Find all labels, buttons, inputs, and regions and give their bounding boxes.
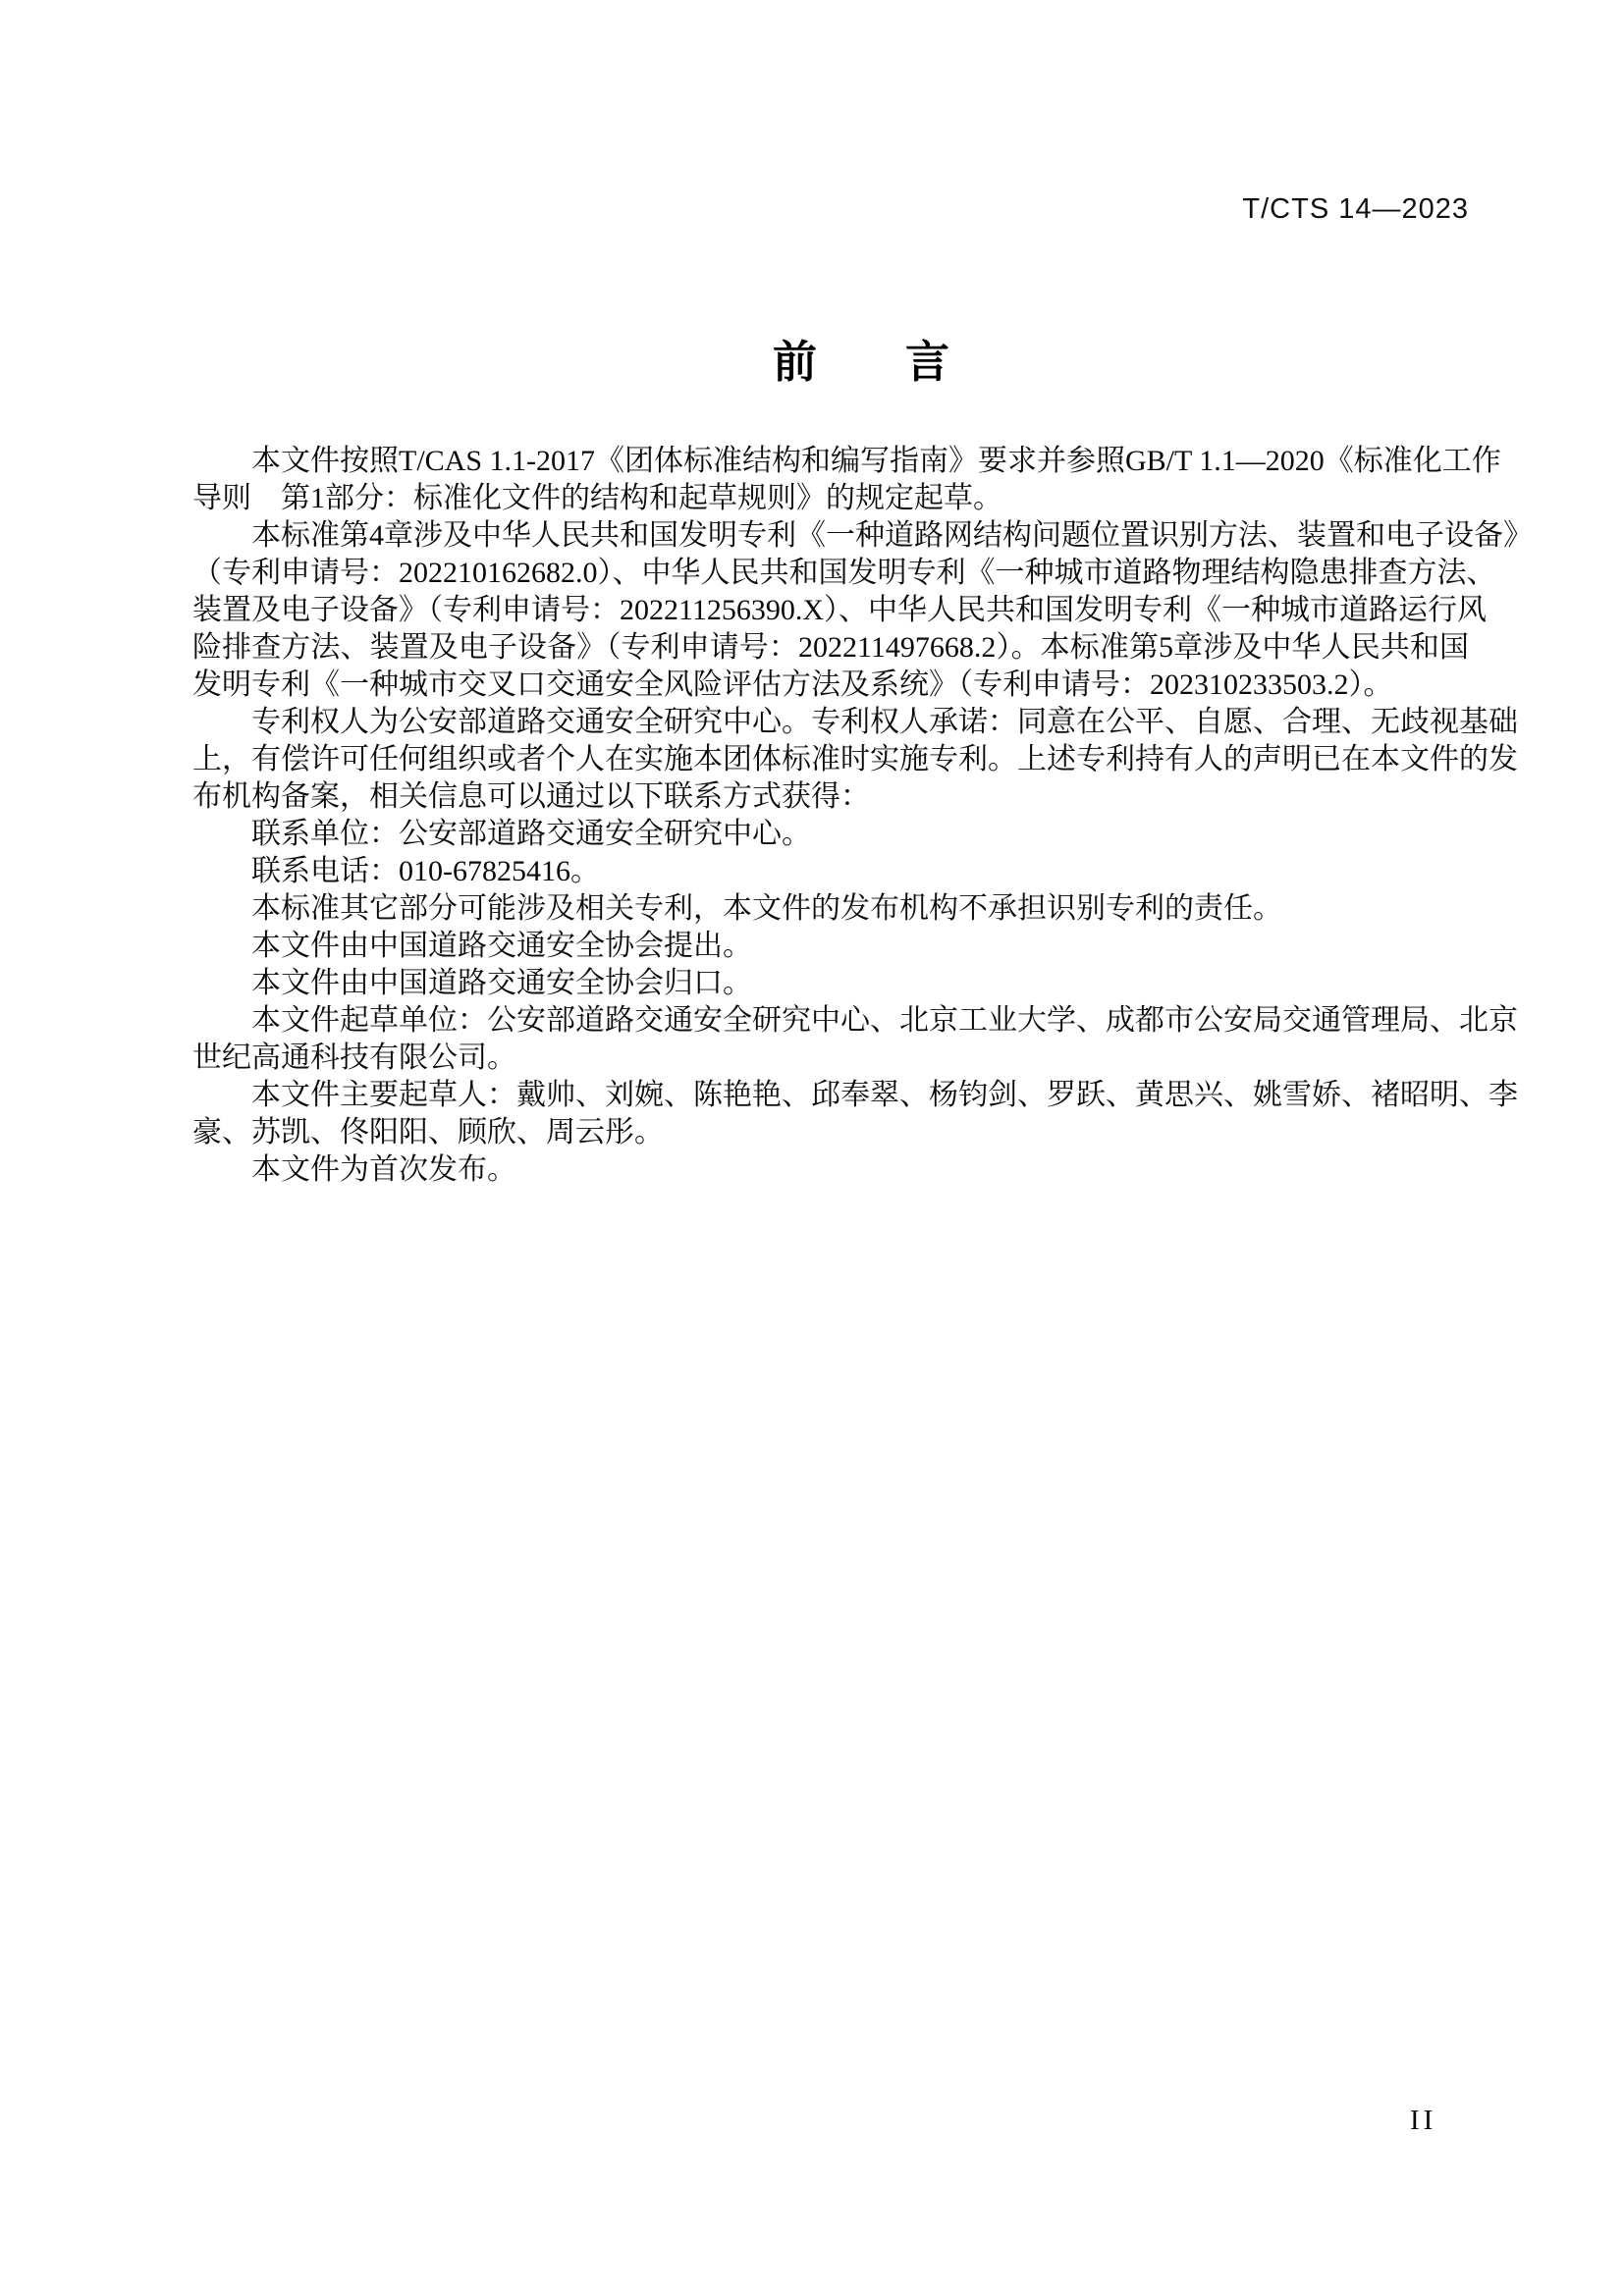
foreword-line: 专利权人为公安部道路交通安全研究中心。专利权人承诺：同意在公平、自愿、合理、无歧…	[192, 704, 1469, 741]
foreword-body: 本文件按照T/CAS 1.1-2017《团体标准结构和编写指南》要求并参照GB/…	[192, 443, 1469, 1189]
page-title: 前 言	[192, 338, 1469, 387]
foreword-line: 豪、苏凯、佟阳阳、顾欣、周云彤。	[192, 1114, 1469, 1151]
foreword-line: 本文件起草单位：公安部道路交通安全研究中心、北京工业大学、成都市公安局交通管理局…	[192, 1002, 1469, 1040]
foreword-line: 发明专利《一种城市交叉口交通安全风险评估方法及系统》（专利申请号：2023102…	[192, 667, 1469, 704]
foreword-line: 上，有偿许可任何组织或者个人在实施本团体标准时实施专利。上述专利持有人的声明已在…	[192, 741, 1469, 778]
foreword-line: 联系电话：010-67825416。	[192, 853, 1469, 890]
document-page: T/CTS 14—2023 前 言 本文件按照T/CAS 1.1-2017《团体…	[0, 0, 1624, 2296]
foreword-line: 本标准其它部分可能涉及相关专利，本文件的发布机构不承担识别专利的责任。	[192, 890, 1469, 928]
foreword-line: 布机构备案，相关信息可以通过以下联系方式获得：	[192, 778, 1469, 816]
foreword-line: 险排查方法、装置及电子设备》（专利申请号：202211497668.2）。本标准…	[192, 629, 1469, 667]
foreword-line: （专利申请号：202210162682.0）、中华人民共和国发明专利《一种城市道…	[192, 555, 1469, 592]
foreword-line: 世纪高通科技有限公司。	[192, 1040, 1469, 1077]
foreword-line: 本文件由中国道路交通安全协会提出。	[192, 928, 1469, 965]
standard-code-header: T/CTS 14—2023	[192, 193, 1469, 226]
page-number: II	[1410, 2105, 1436, 2137]
foreword-line: 本文件为首次发布。	[192, 1151, 1469, 1189]
foreword-line: 本文件主要起草人：戴帅、刘婉、陈艳艳、邱奉翠、杨钧剑、罗跃、黄思兴、姚雪娇、褚昭…	[192, 1077, 1469, 1114]
foreword-line: 装置及电子设备》（专利申请号：202211256390.X）、中华人民共和国发明…	[192, 592, 1469, 629]
foreword-line: 本标准第4章涉及中华人民共和国发明专利《一种道路网结构问题位置识别方法、装置和电…	[192, 517, 1469, 555]
foreword-line: 本文件按照T/CAS 1.1-2017《团体标准结构和编写指南》要求并参照GB/…	[192, 443, 1469, 480]
foreword-line: 联系单位：公安部道路交通安全研究中心。	[192, 816, 1469, 853]
foreword-line: 本文件由中国道路交通安全协会归口。	[192, 965, 1469, 1002]
foreword-line: 导则 第1部分：标准化文件的结构和起草规则》的规定起草。	[192, 480, 1469, 517]
